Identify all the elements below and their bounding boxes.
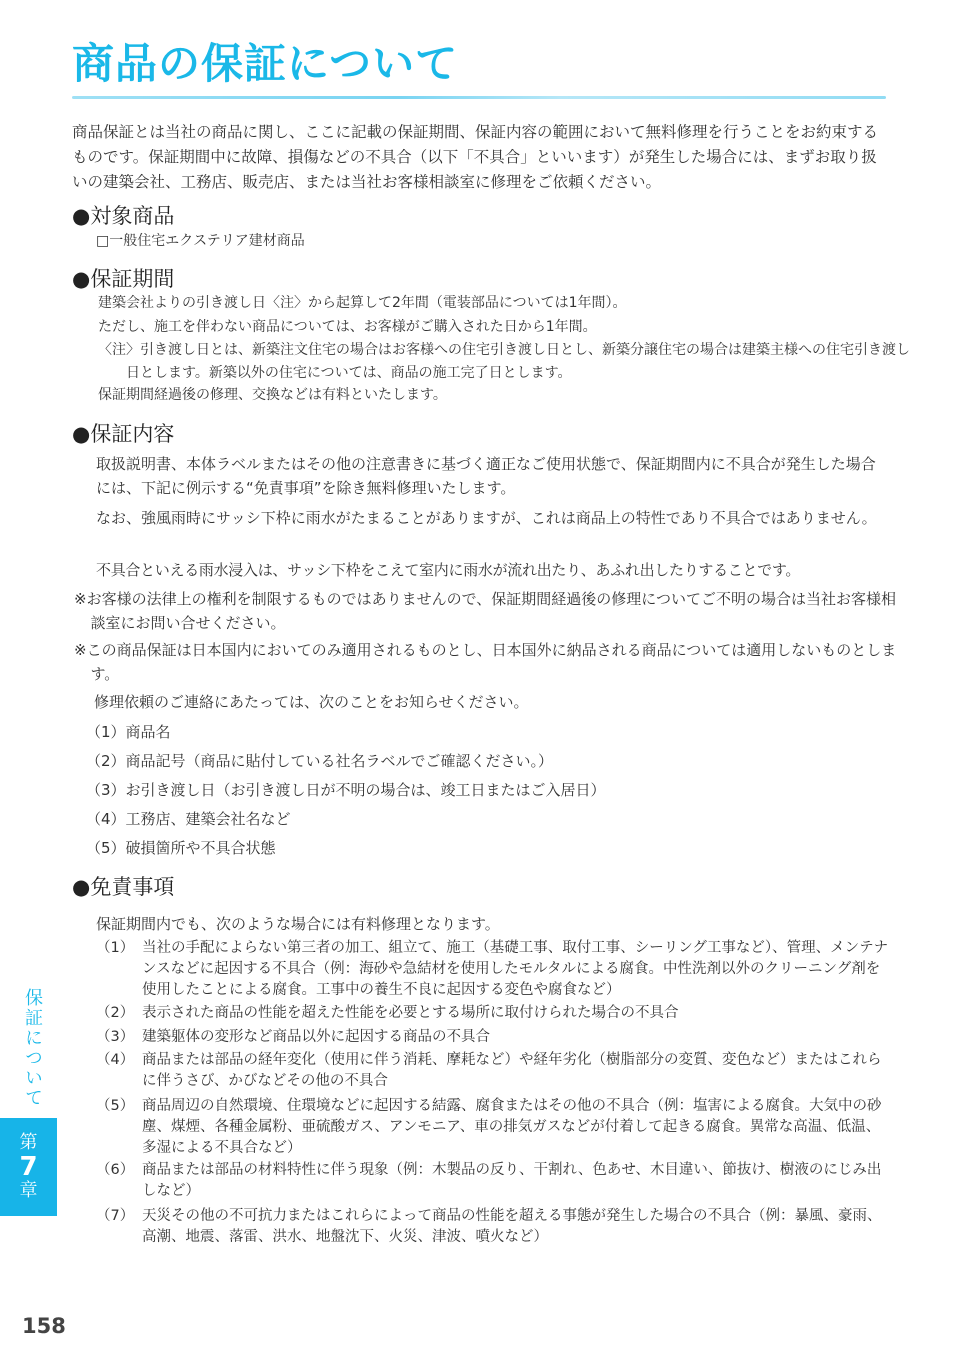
target-item: □一般住宅エクステリア建材商品 <box>96 230 305 252</box>
exemption-text: 商品または部品の経年変化（使用に伴う消耗、摩耗など）や経年劣化（樹脂部分の変質、… <box>142 1050 890 1092</box>
exemption-number: （6） <box>96 1160 142 1202</box>
contact-item: （5）破損箇所や不具合状態 <box>86 836 276 860</box>
chapter-suffix: 章 <box>20 1180 38 1202</box>
exemption-number: （1） <box>96 938 142 1001</box>
exemption-item: （6） 商品または部品の材料特性に伴う現象（例：木製品の反り、干割れ、色あせ、木… <box>96 1160 890 1202</box>
exemption-item: （5） 商品周辺の自然環境、住環境などに起因する結露、腐食またはその他の不具合（… <box>96 1096 890 1159</box>
exemption-item: （2） 表示された商品の性能を超えた性能を必要とする場所に取付けられた場合の不具… <box>96 1003 890 1024</box>
section-heading-period: ●保証期間 <box>72 266 174 292</box>
period-note: 〈注〉引き渡し日とは、新築注文住宅の場合はお客様への住宅引き渡し日とし、新築分譲… <box>98 339 916 385</box>
exemption-text: 商品周辺の自然環境、住環境などに起因する結露、腐食またはその他の不具合（例：塩害… <box>142 1096 890 1159</box>
page-title: 商品の保証について <box>72 38 458 90</box>
section-heading-target: ●対象商品 <box>72 203 174 229</box>
exemption-number: （5） <box>96 1096 142 1159</box>
content-paragraph: 不具合といえる雨水浸入は、サッシ下枠をこえて室内に雨水が流れ出たり、あふれ出した… <box>96 558 896 582</box>
title-underline <box>72 96 886 99</box>
exemption-number: （2） <box>96 1003 142 1024</box>
exemption-item: （4） 商品または部品の経年変化（使用に伴う消耗、摩耗など）や経年劣化（樹脂部分… <box>96 1050 890 1092</box>
exemption-number: （7） <box>96 1206 142 1248</box>
exemption-number: （3） <box>96 1027 142 1048</box>
content-paragraph: 取扱説明書、本体ラベルまたはその他の注意書きに基づく適正なご使用状態で、保証期間… <box>96 452 890 500</box>
chapter-prefix: 第 <box>20 1132 38 1154</box>
contact-item: （4）工務店、建築会社名など <box>86 807 291 831</box>
content-paragraph: なお、強風雨時にサッシ下枠に雨水がたまることがありますが、これは商品上の特性であ… <box>96 506 890 530</box>
period-line: 建築会社よりの引き渡し日〈注〉から起算して2年間（電装部品については1年間）。 <box>98 292 888 314</box>
section-heading-exemptions: ●免責事項 <box>72 874 174 900</box>
exemption-item: （3） 建築躯体の変形など商品以外に起因する商品の不具合 <box>96 1027 890 1048</box>
content-note: ※お客様の法律上の権利を制限するものではありませんので、保証期間経過後の修理につ… <box>74 587 907 635</box>
contact-intro: 修理依頼のご連絡にあたっては、次のことをお知らせください。 <box>94 690 888 714</box>
exemption-number: （4） <box>96 1050 142 1092</box>
page-number: 158 <box>22 1314 66 1338</box>
exemption-text: 建築躯体の変形など商品以外に起因する商品の不具合 <box>142 1027 890 1048</box>
contact-item: （3）お引き渡し日（お引き渡し日が不明の場合は、竣工日またはご入居日） <box>86 778 606 802</box>
period-line: 保証期間経過後の修理、交換などは有料といたします。 <box>98 384 888 406</box>
intro-paragraph: 商品保証とは当社の商品に関し、ここに記載の保証期間、保証内容の範囲において無料修… <box>72 120 890 195</box>
sidebar-section-label: 保証について <box>20 988 44 1108</box>
exemption-item: （1） 当社の手配によらない第三者の加工、組立て、施工（基礎工事、取付工事、シー… <box>96 938 890 1001</box>
exemption-text: 天災その他の不可抗力またはこれらによって商品の性能を超える事態が発生した場合の不… <box>142 1206 890 1248</box>
content-note: ※この商品保証は日本国内においてのみ適用されるものとし、日本国外に納品される商品… <box>74 638 907 686</box>
chapter-number: 7 <box>19 1154 37 1180</box>
exemption-text: 当社の手配によらない第三者の加工、組立て、施工（基礎工事、取付工事、シーリング工… <box>142 938 890 1001</box>
chapter-tab: 第 7 章 <box>0 1118 57 1216</box>
section-heading-content: ●保証内容 <box>72 421 174 447</box>
exemption-text: 表示された商品の性能を超えた性能を必要とする場所に取付けられた場合の不具合 <box>142 1003 890 1024</box>
exemptions-intro: 保証期間内でも、次のような場合には有料修理となります。 <box>96 912 890 936</box>
contact-item: （1）商品名 <box>86 720 171 744</box>
contact-item: （2）商品記号（商品に貼付している社名ラベルでご確認ください。） <box>86 749 553 773</box>
exemption-item: （7） 天災その他の不可抗力またはこれらによって商品の性能を超える事態が発生した… <box>96 1206 890 1248</box>
period-line: ただし、施工を伴わない商品については、お客様がご購入された日から1年間。 <box>98 316 888 338</box>
exemption-text: 商品または部品の材料特性に伴う現象（例：木製品の反り、干割れ、色あせ、木目違い、… <box>142 1160 890 1202</box>
